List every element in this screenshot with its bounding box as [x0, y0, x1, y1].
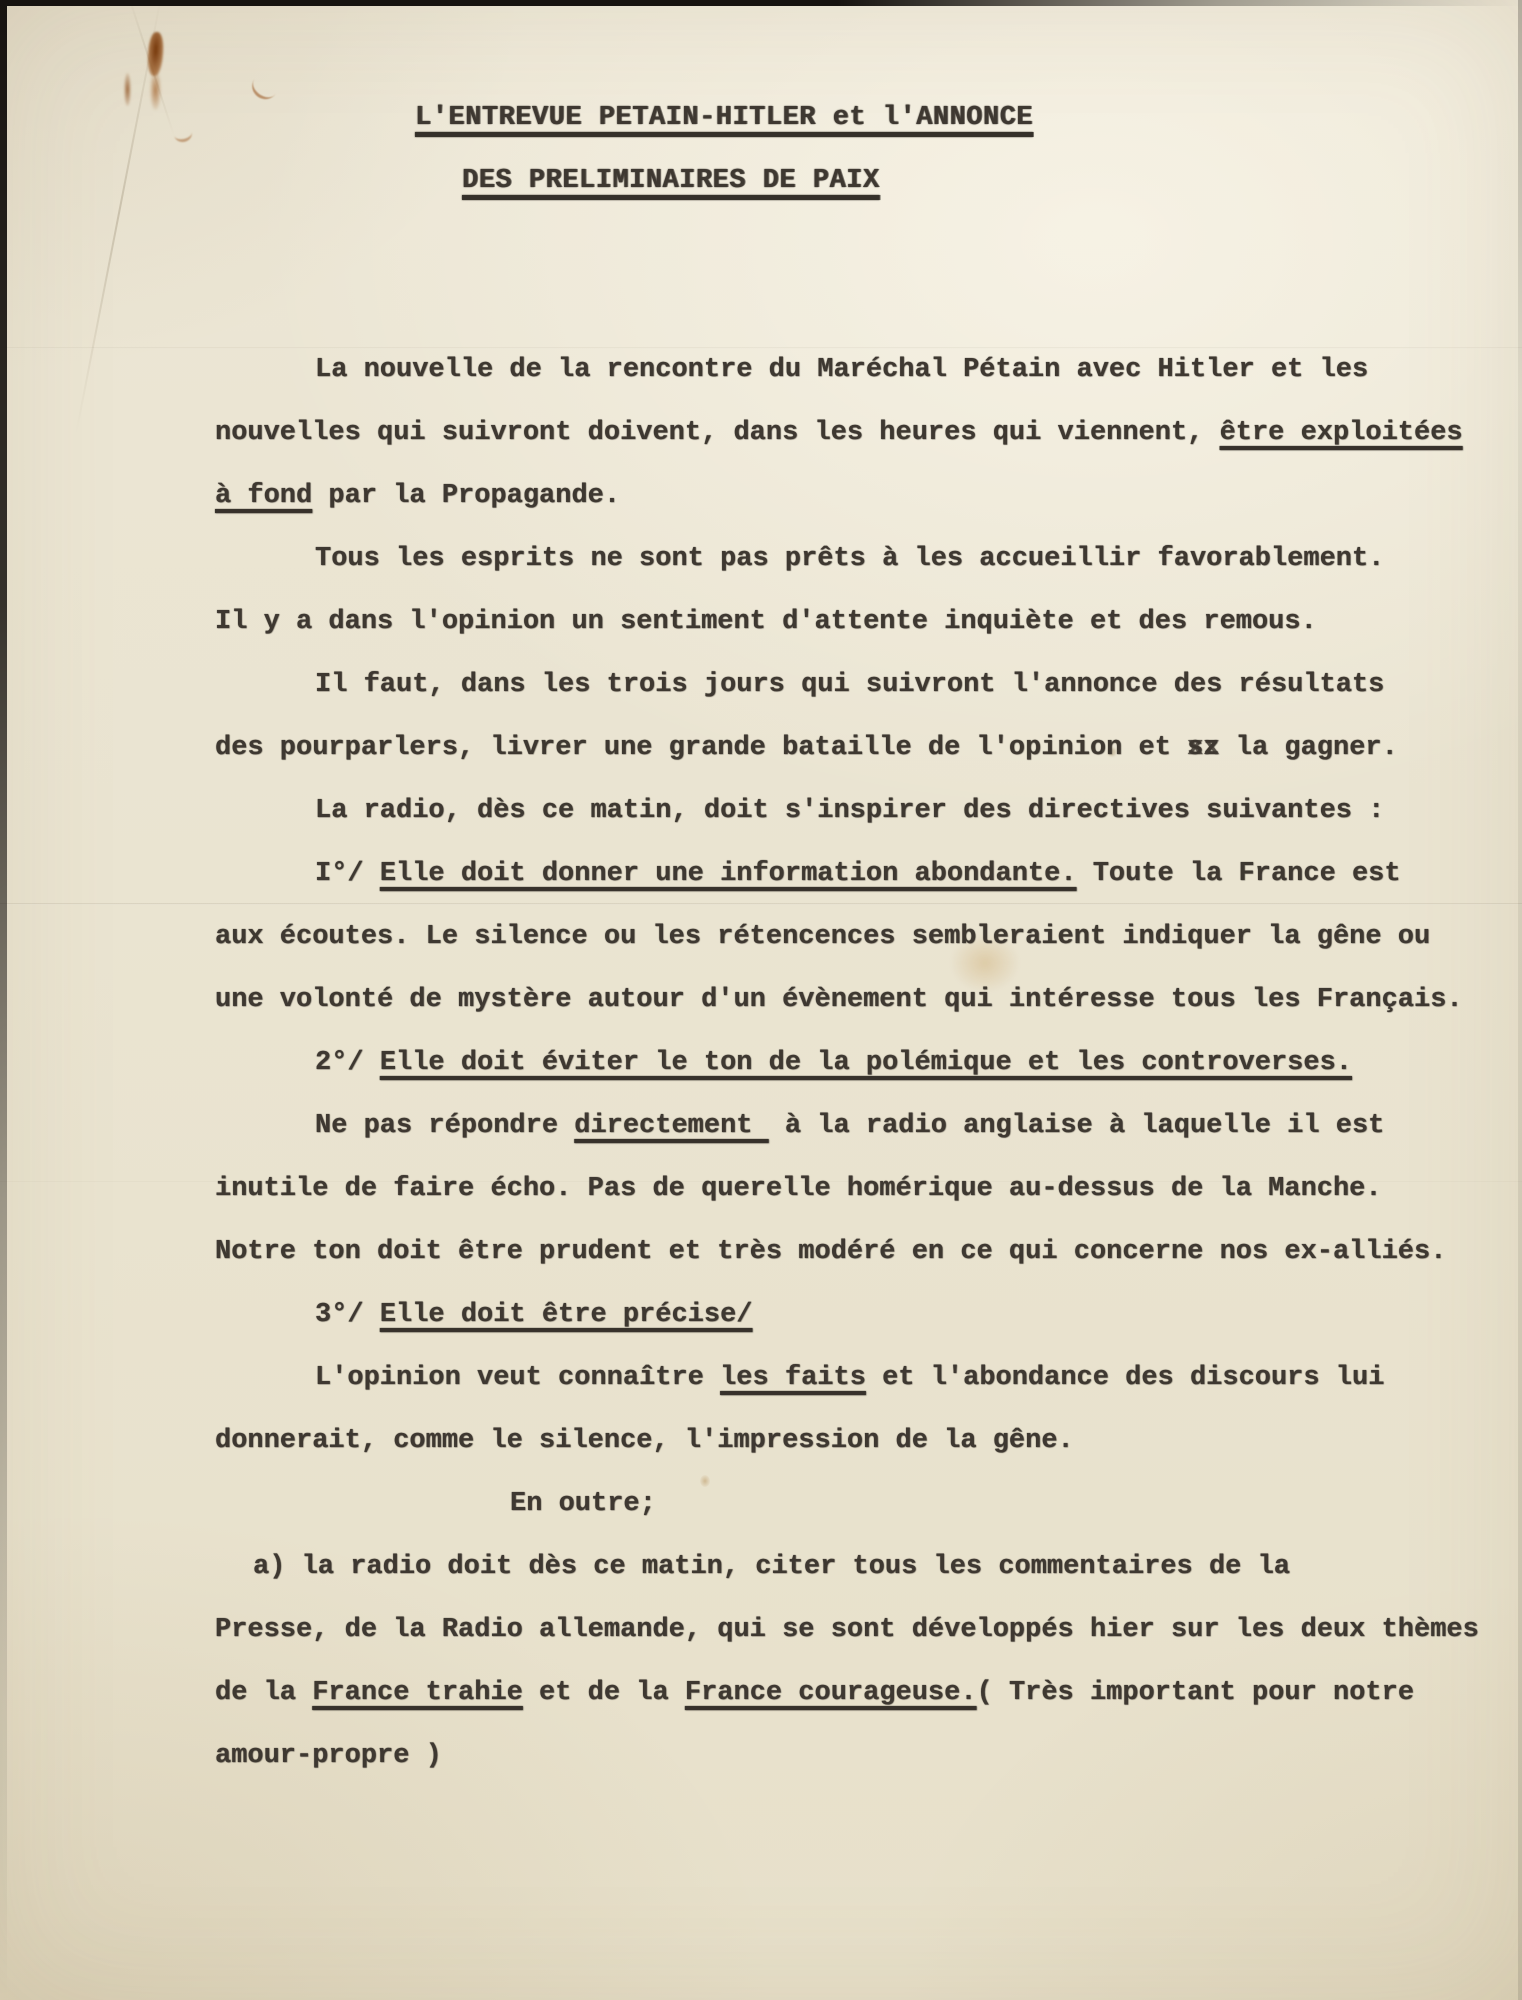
typed-text-block: L'ENTREVUE PETAIN-HITLER et l'ANNONCEDES…: [215, 87, 1515, 1788]
text-segment: la gagner.: [1220, 733, 1398, 763]
text-segment: En outre;: [510, 1489, 656, 1519]
typed-line: L'opinion veut connaître les faits et l'…: [315, 1347, 1515, 1410]
underlined-text: L'ENTREVUE PETAIN-HITLER et l'ANNONCE: [415, 103, 1033, 133]
text-segment: La radio, dès ce matin, doit s'inspirer …: [315, 796, 1384, 826]
overstruck-correction: szxx: [1187, 717, 1219, 780]
document-title-line: DES PRELIMINAIRES DE PAIX: [462, 150, 1515, 213]
typed-line: Ne pas répondre directement à la radio a…: [315, 1095, 1515, 1158]
underlined-text: Elle doit donner une information abondan…: [380, 859, 1077, 889]
scan-edge-shadow: [1518, 0, 1522, 2000]
text-segment: nouvelles qui suivront doivent, dans les…: [215, 418, 1220, 448]
text-segment: Presse, de la Radio allemande, qui se so…: [215, 1615, 1479, 1645]
text-segment: Il faut, dans les trois jours qui suivro…: [315, 670, 1384, 700]
typed-line: I°/ Elle doit donner une information abo…: [315, 843, 1515, 906]
text-segment: amour-propre ): [215, 1741, 442, 1771]
underlined-text: à fond: [215, 481, 312, 511]
text-segment: par la Propagande.: [312, 481, 620, 511]
typed-line: En outre;: [510, 1473, 1515, 1536]
text-segment: a) la radio doit dès ce matin, citer tou…: [253, 1552, 1290, 1582]
typed-line: nouvelles qui suivront doivent, dans les…: [215, 402, 1515, 465]
typed-line: à fond par la Propagande.: [215, 465, 1515, 528]
text-segment: 2°/: [315, 1048, 380, 1078]
typed-line: aux écoutes. Le silence ou les rétencenc…: [215, 906, 1515, 969]
underlined-text: être exploitées: [1220, 418, 1463, 448]
text-segment: Notre ton doit être prudent et très modé…: [215, 1237, 1446, 1267]
typed-line: amour-propre ): [215, 1725, 1515, 1788]
underlined-text: DES PRELIMINAIRES DE PAIX: [462, 166, 880, 196]
paper-crease: [127, 0, 175, 137]
underlined-text: France trahie: [312, 1678, 523, 1708]
document-page: L'ENTREVUE PETAIN-HITLER et l'ANNONCEDES…: [0, 0, 1522, 2000]
typed-line: Tous les esprits ne sont pas prêts à les…: [315, 528, 1515, 591]
typed-line: inutile de faire écho. Pas de querelle h…: [215, 1158, 1515, 1221]
text-segment: de la: [215, 1678, 312, 1708]
typed-line: Il faut, dans les trois jours qui suivro…: [315, 654, 1515, 717]
text-segment: et l'abondance des discours lui: [866, 1363, 1384, 1393]
typed-line: Il y a dans l'opinion un sentiment d'att…: [215, 591, 1515, 654]
typed-line: La nouvelle de la rencontre du Maréchal …: [315, 339, 1515, 402]
underlined-text: les faits: [720, 1363, 866, 1393]
text-segment: L'opinion veut connaître: [315, 1363, 720, 1393]
text-segment: donnerait, comme le silence, l'impressio…: [215, 1426, 1074, 1456]
text-segment: à la radio anglaise à laquelle il est: [769, 1111, 1385, 1141]
overstrike-marks: xx: [1187, 717, 1219, 780]
text-segment: Toute la France est: [1077, 859, 1401, 889]
underlined-text: France courageuse.: [685, 1678, 977, 1708]
text-segment: I°/: [315, 859, 380, 889]
document-title-line: L'ENTREVUE PETAIN-HITLER et l'ANNONCE: [415, 87, 1515, 150]
underlined-text: Elle doit éviter le ton de la polémique …: [380, 1048, 1352, 1078]
typed-line: 3°/ Elle doit être précise/: [315, 1284, 1515, 1347]
text-segment: des pourparlers, livrer une grande batai…: [215, 733, 1187, 763]
typed-line: 2°/ Elle doit éviter le ton de la polémi…: [315, 1032, 1515, 1095]
rust-stain: [124, 73, 131, 106]
typed-line: La radio, dès ce matin, doit s'inspirer …: [315, 780, 1515, 843]
typed-line: a) la radio doit dès ce matin, citer tou…: [253, 1536, 1515, 1599]
text-segment: ( Très important pour notre: [977, 1678, 1414, 1708]
typed-line: Presse, de la Radio allemande, qui se so…: [215, 1599, 1515, 1662]
rust-stain: [173, 124, 194, 143]
scan-edge-shadow: [0, 0, 1522, 6]
text-segment: Ne pas répondre: [315, 1111, 574, 1141]
typed-line: Notre ton doit être prudent et très modé…: [215, 1221, 1515, 1284]
text-segment: 3°/: [315, 1300, 380, 1330]
typed-line: des pourparlers, livrer une grande batai…: [215, 717, 1515, 780]
typed-line: donnerait, comme le silence, l'impressio…: [215, 1410, 1515, 1473]
text-segment: Il y a dans l'opinion un sentiment d'att…: [215, 607, 1317, 637]
underlined-text: Elle doit être précise/: [380, 1300, 753, 1330]
underlined-text: directement: [574, 1111, 768, 1141]
text-segment: La nouvelle de la rencontre du Maréchal …: [315, 355, 1368, 385]
text-segment: Tous les esprits ne sont pas prêts à les…: [315, 544, 1384, 574]
typed-line: une volonté de mystère autour d'un évène…: [215, 969, 1515, 1032]
text-segment: et de la: [523, 1678, 685, 1708]
text-segment: une volonté de mystère autour d'un évène…: [215, 985, 1463, 1015]
scan-edge-shadow: [0, 0, 7, 2000]
text-segment: aux écoutes. Le silence ou les rétencenc…: [215, 922, 1430, 952]
typed-line: de la France trahie et de la France cour…: [215, 1662, 1515, 1725]
text-segment: inutile de faire écho. Pas de querelle h…: [215, 1174, 1382, 1204]
